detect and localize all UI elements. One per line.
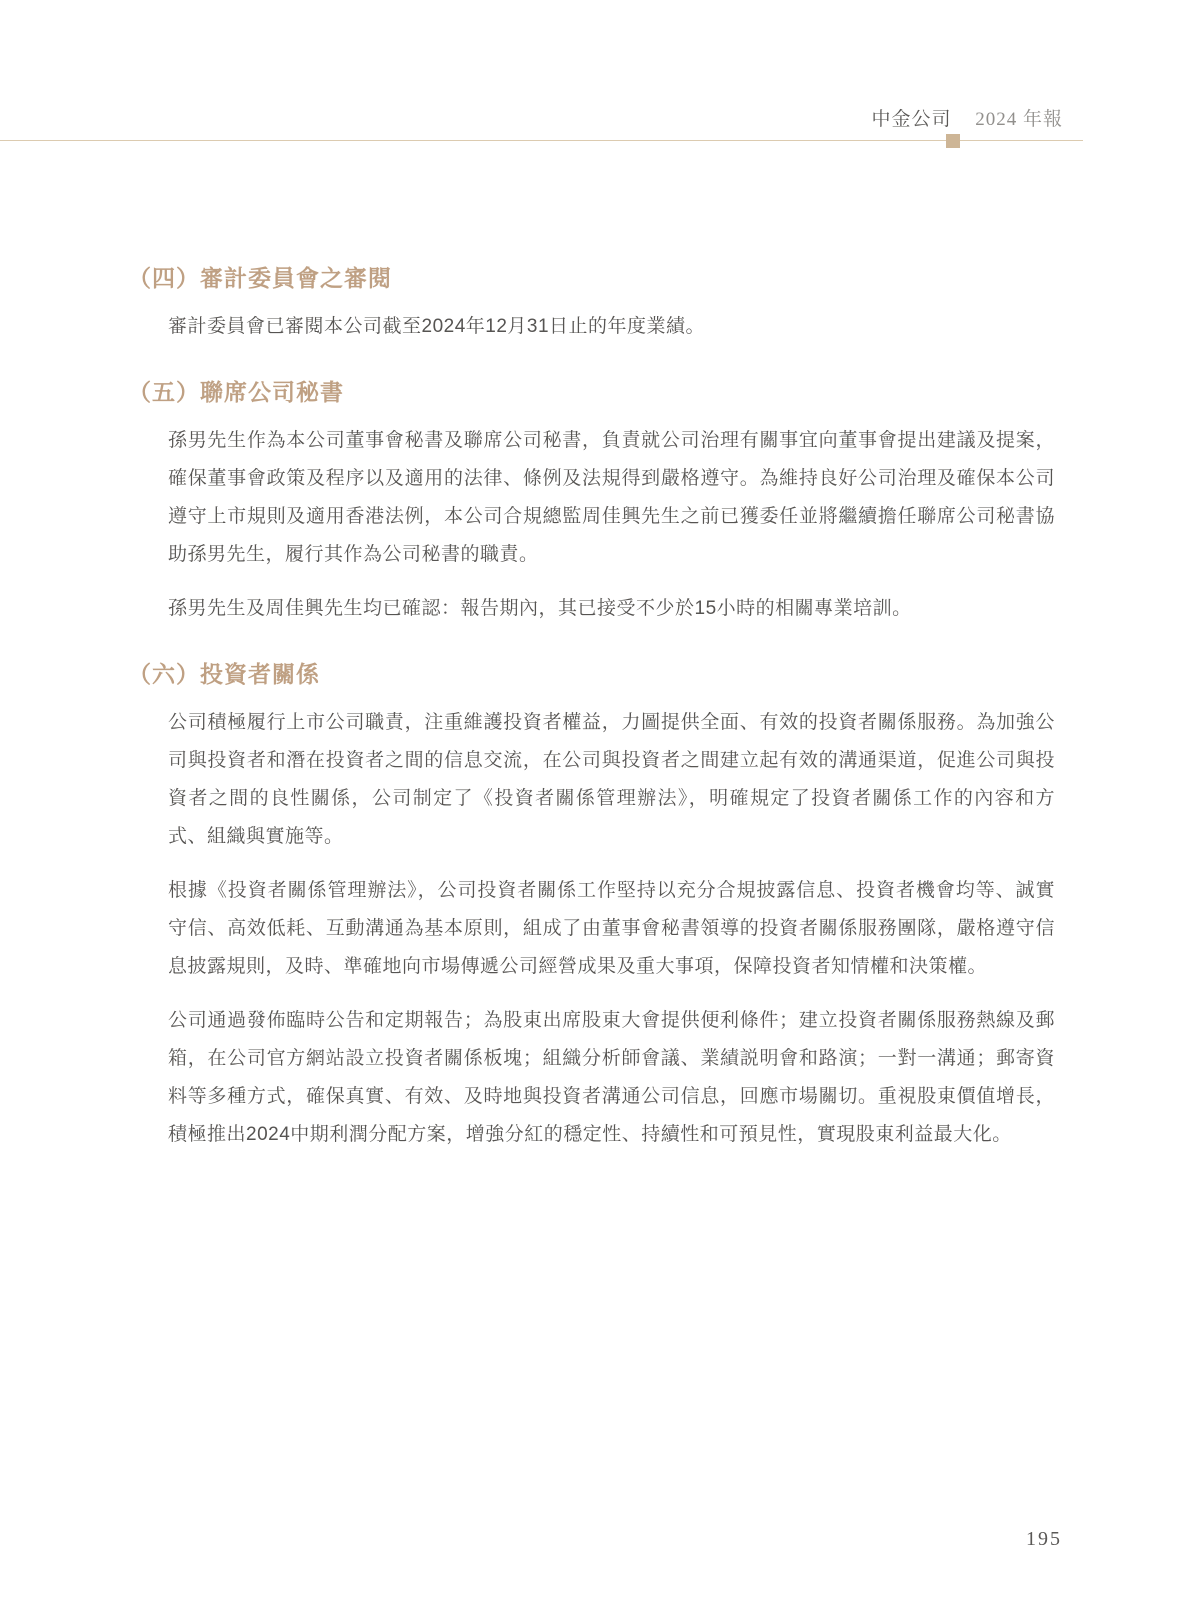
- section-number: （五）: [128, 379, 200, 405]
- section-title: 聯席公司秘書: [200, 379, 344, 405]
- section-investor-relations: （六）投資者關係 公司積極履行上市公司職責，注重維護投資者權益，力圖提供全面、有…: [128, 658, 1055, 1154]
- section-audit-committee-review: （四）審計委員會之審閱 審計委員會已審閱本公司截至2024年12月31日止的年度…: [128, 262, 1055, 346]
- section-title: 投資者關係: [200, 661, 320, 687]
- paragraph: 審計委員會已審閱本公司截至2024年12月31日止的年度業績。: [168, 308, 1055, 346]
- section-heading-investor-relations: （六）投資者關係: [128, 658, 1055, 690]
- document-body: （四）審計委員會之審閱 審計委員會已審閱本公司截至2024年12月31日止的年度…: [128, 262, 1055, 1184]
- page-number: 195: [1026, 1528, 1062, 1551]
- section-heading-joint-secretaries: （五）聯席公司秘書: [128, 376, 1055, 408]
- paragraph: 根據《投資者關係管理辦法》，公司投資者關係工作堅持以充分合規披露信息、投資者機會…: [168, 872, 1055, 986]
- paragraph: 公司積極履行上市公司職責，注重維護投資者權益，力圖提供全面、有效的投資者關係服務…: [168, 704, 1055, 856]
- paragraph: 孫男先生及周佳興先生均已確認：報告期內，其已接受不少於15小時的相關專業培訓。: [168, 590, 1055, 628]
- section-heading-audit-committee: （四）審計委員會之審閱: [128, 262, 1055, 294]
- report-edition: 2024 年報: [975, 109, 1063, 130]
- company-name: 中金公司: [871, 109, 951, 130]
- header-rule: [0, 140, 1083, 141]
- section-joint-company-secretaries: （五）聯席公司秘書 孫男先生作為本公司董事會秘書及聯席公司秘書，負責就公司治理有…: [128, 376, 1055, 628]
- paragraph: 公司通過發佈臨時公告和定期報告；為股東出席股東大會提供便利條件；建立投資者關係服…: [168, 1002, 1055, 1154]
- header-rule-marker: [946, 134, 960, 148]
- paragraph: 孫男先生作為本公司董事會秘書及聯席公司秘書，負責就公司治理有關事宜向董事會提出建…: [168, 422, 1055, 574]
- report-page: 中金公司 2024 年報 （四）審計委員會之審閱 審計委員會已審閱本公司截至20…: [0, 0, 1190, 1615]
- section-title: 審計委員會之審閱: [200, 265, 392, 291]
- section-number: （六）: [128, 661, 200, 687]
- running-header: 中金公司 2024 年報: [871, 104, 1063, 131]
- section-number: （四）: [128, 265, 200, 291]
